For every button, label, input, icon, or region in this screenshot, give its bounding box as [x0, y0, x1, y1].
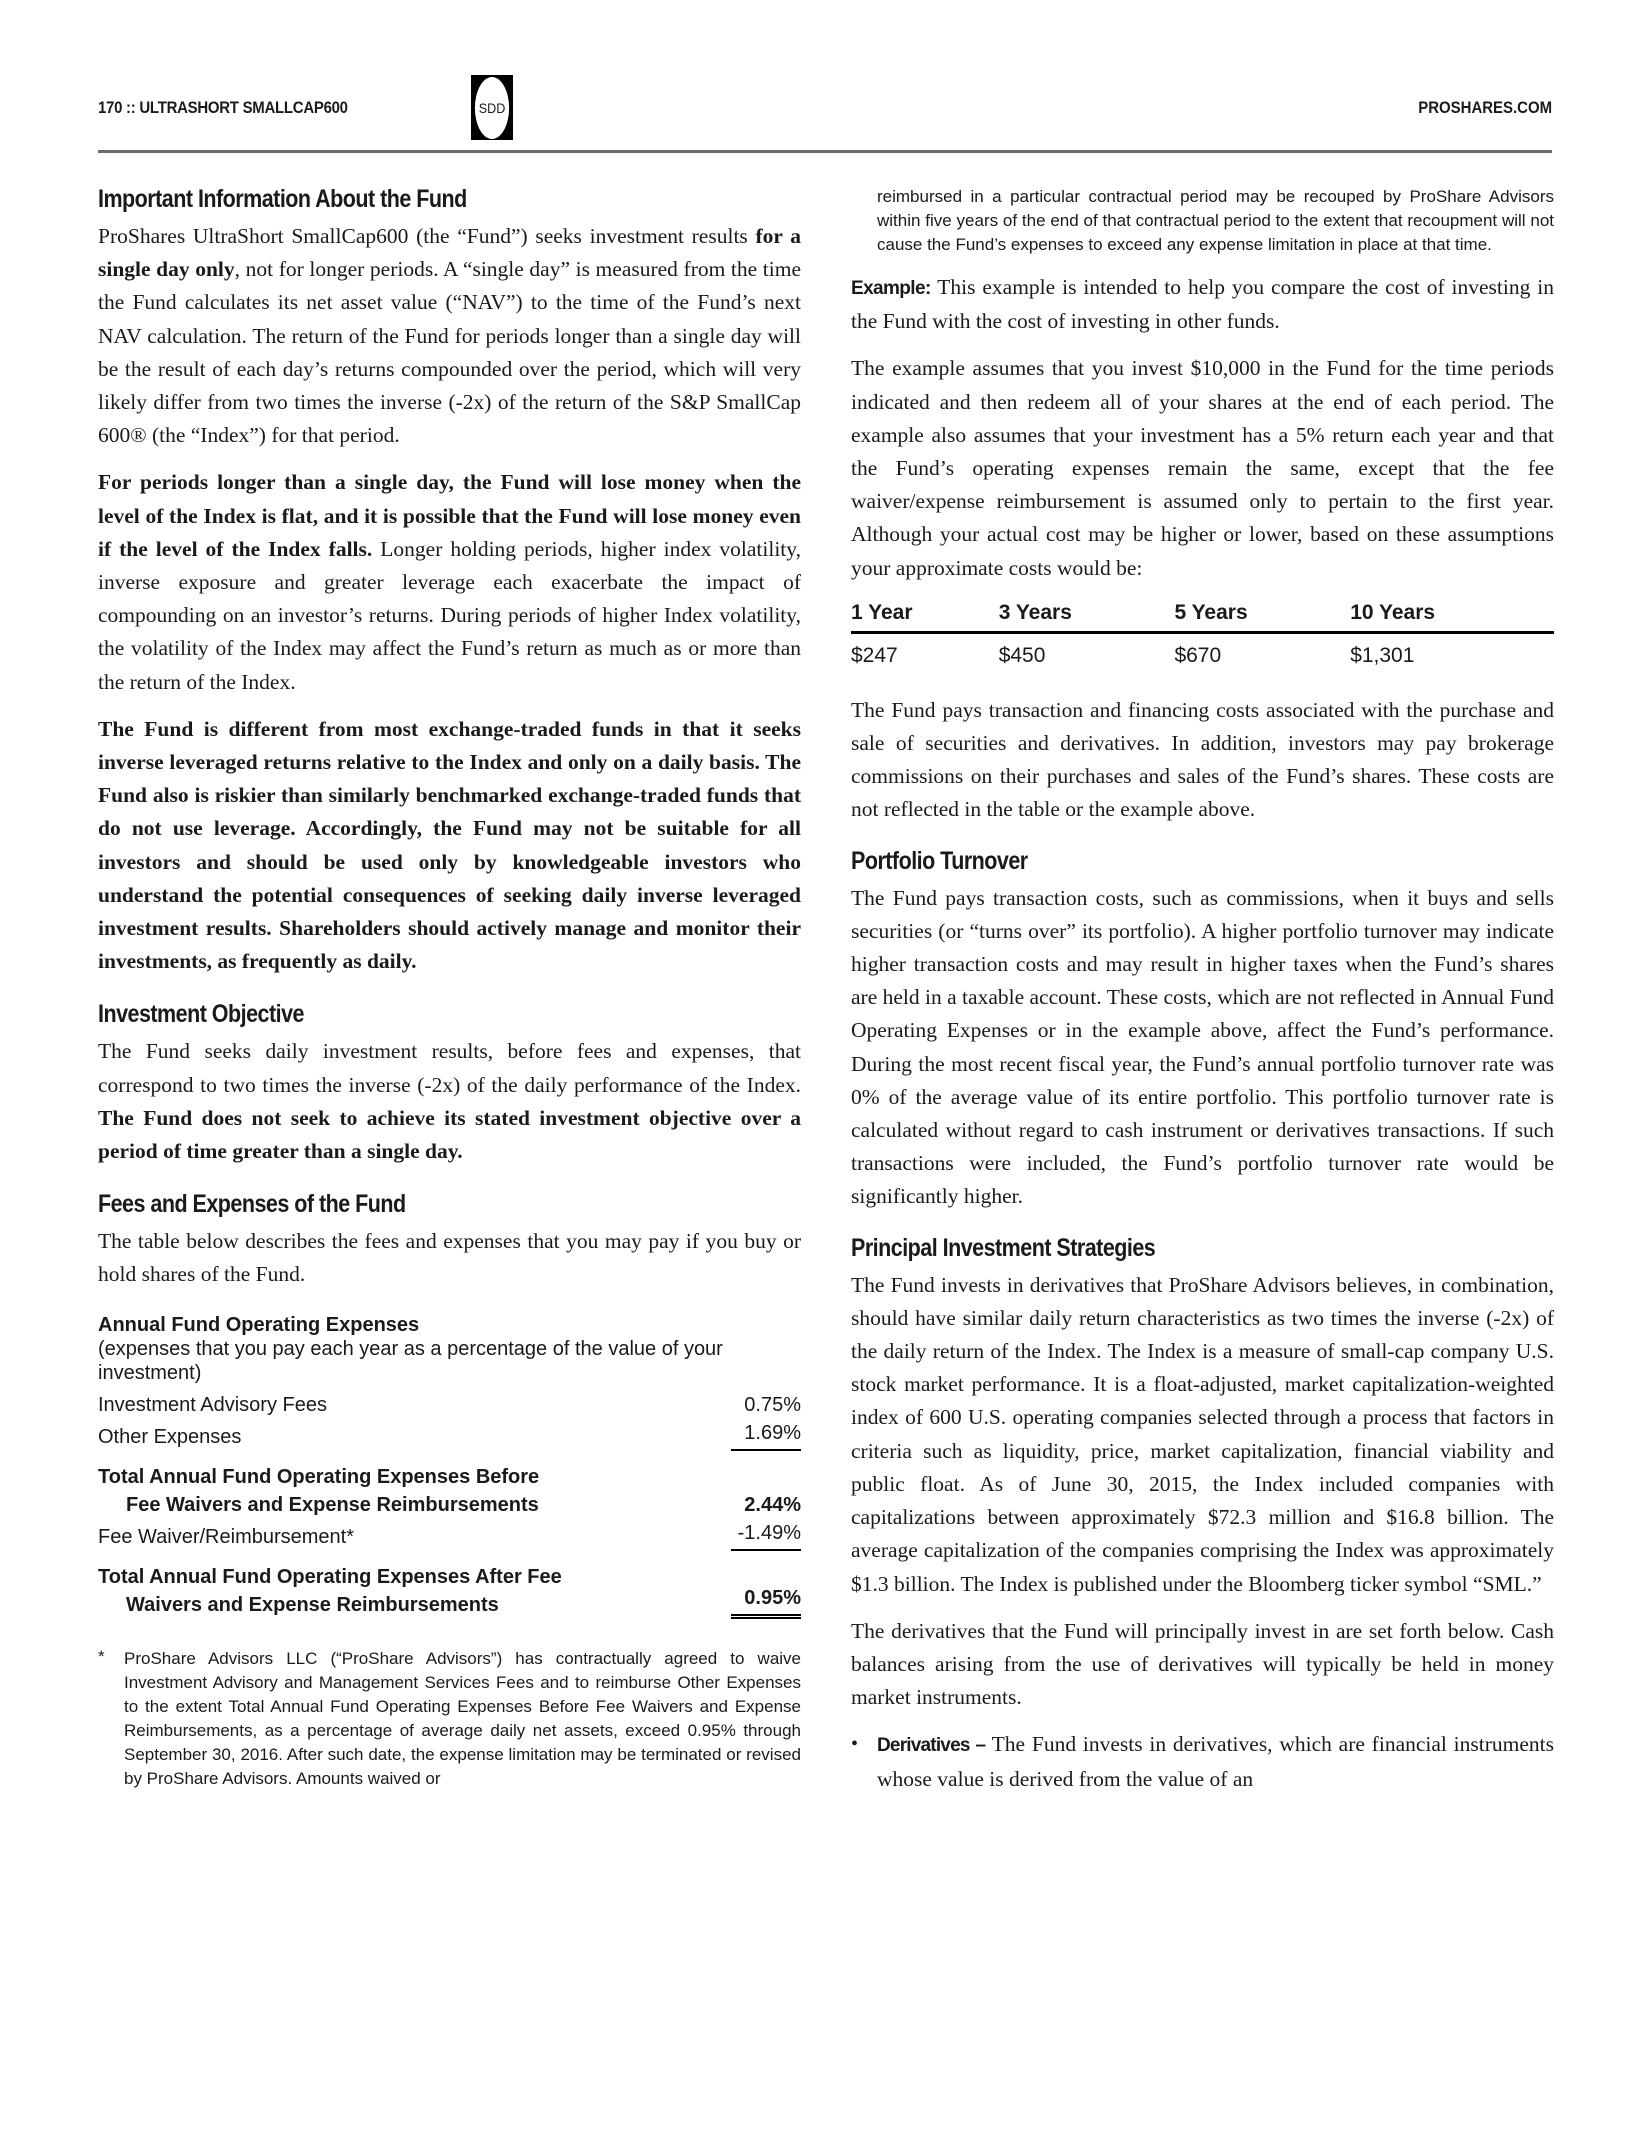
cost-table-header: 1 Year 3 Years 5 Years 10 Years — [851, 599, 1554, 633]
ticker-badge: SDD — [471, 75, 513, 140]
right-column: reimbursed in a particular contractual p… — [851, 185, 1554, 1796]
fee-label-line: Total Annual Fund Operating Expenses Bef… — [98, 1463, 539, 1491]
important-info-heading: Important Information About the Fund — [98, 185, 703, 214]
text-span: This example is intended to help you com… — [851, 275, 1554, 333]
cost-cell: $1,301 — [1350, 632, 1554, 672]
fee-row: Fee Waiver/Reimbursement* -1.49% — [98, 1519, 801, 1551]
fee-row-total-before: Total Annual Fund Operating Expenses Bef… — [98, 1463, 801, 1519]
cost-cell: $450 — [999, 632, 1175, 672]
fee-value: -1.49% — [731, 1519, 801, 1551]
strategies-heading: Principal Investment Strategies — [851, 1234, 1456, 1263]
fee-label: Other Expenses — [98, 1423, 241, 1451]
transaction-costs-paragraph: The Fund pays transaction and financing … — [851, 694, 1554, 827]
fee-label-line: Fee Waivers and Expense Reimbursements — [98, 1491, 539, 1519]
emphasis-text: The Fund does not seek to achieve its st… — [98, 1106, 801, 1163]
warning-text: The Fund is different from most exchange… — [98, 717, 801, 973]
fee-value: 2.44% — [731, 1491, 801, 1519]
table-row: $247 $450 $670 $1,301 — [851, 632, 1554, 672]
footnote-marker: * — [98, 1647, 124, 1791]
fee-label: Total Annual Fund Operating Expenses Bef… — [98, 1463, 539, 1519]
fee-row: Other Expenses 1.69% — [98, 1419, 801, 1451]
fees-table-subtitle: (expenses that you pay each year as a pe… — [98, 1337, 801, 1385]
fee-label-line: Waivers and Expense Reimbursements — [98, 1591, 562, 1619]
portfolio-turnover-heading: Portfolio Turnover — [851, 847, 1456, 876]
column-header: 3 Years — [999, 599, 1175, 633]
fees-table-title: Annual Fund Operating Expenses — [98, 1314, 801, 1337]
text-span: The Fund seeks daily investment results,… — [98, 1039, 801, 1096]
footnote-continued: reimbursed in a particular contractual p… — [851, 185, 1554, 257]
fee-label: Total Annual Fund Operating Expenses Aft… — [98, 1563, 562, 1619]
bullet-icon: • — [851, 1728, 877, 1795]
fee-waiver-footnote: * ProShare Advisors LLC (“ProShare Advis… — [98, 1647, 801, 1791]
text-span: , not for longer periods. A “single day”… — [98, 257, 801, 447]
important-info-paragraph-2: For periods longer than a single day, th… — [98, 466, 801, 698]
page-header: 170 :: ULTRASHORT SMALLCAP600 SDD PROSHA… — [98, 75, 1552, 155]
header-divider — [98, 150, 1552, 153]
cost-example-table: 1 Year 3 Years 5 Years 10 Years $247 $45… — [851, 599, 1554, 672]
left-column: Important Information About the Fund Pro… — [98, 185, 801, 1791]
bullet-text: Derivatives – The Fund invests in deriva… — [877, 1728, 1554, 1795]
column-header: 5 Years — [1174, 599, 1350, 633]
investment-objective-paragraph: The Fund seeks daily investment results,… — [98, 1035, 801, 1168]
cost-cell: $247 — [851, 632, 999, 672]
column-header: 1 Year — [851, 599, 999, 633]
important-info-paragraph-1: ProShares UltraShort SmallCap600 (the “F… — [98, 220, 801, 452]
column-header: 10 Years — [1350, 599, 1554, 633]
fee-value: 0.95% — [731, 1584, 801, 1619]
bullet-label: Derivatives – — [877, 1735, 985, 1756]
example-intro: Example: This example is intended to hel… — [851, 271, 1554, 338]
investment-objective-heading: Investment Objective — [98, 1000, 703, 1029]
page-number-title: 170 :: ULTRASHORT SMALLCAP600 — [98, 98, 348, 118]
fee-label: Fee Waiver/Reimbursement* — [98, 1523, 354, 1551]
strategies-paragraph-1: The Fund invests in derivatives that Pro… — [851, 1269, 1554, 1601]
text-span: ProShares UltraShort SmallCap600 (the “F… — [98, 224, 755, 248]
fees-intro: The table below describes the fees and e… — [98, 1225, 801, 1291]
portfolio-turnover-paragraph: The Fund pays transaction costs, such as… — [851, 882, 1554, 1214]
derivatives-bullet: • Derivatives – The Fund invests in deri… — [851, 1728, 1554, 1795]
example-label: Example: — [851, 278, 931, 299]
fee-label: Investment Advisory Fees — [98, 1391, 327, 1419]
footnote-text: ProShare Advisors LLC (“ProShare Advisor… — [124, 1647, 801, 1791]
strategies-paragraph-2: The derivatives that the Fund will princ… — [851, 1615, 1554, 1715]
fee-row-total-after: Total Annual Fund Operating Expenses Aft… — [98, 1563, 801, 1619]
example-assumptions: The example assumes that you invest $10,… — [851, 352, 1554, 584]
ticker-badge-label: SDD — [475, 77, 509, 139]
important-info-paragraph-3: The Fund is different from most exchange… — [98, 713, 801, 979]
fee-value: 1.69% — [731, 1419, 801, 1451]
fees-table: Annual Fund Operating Expenses (expenses… — [98, 1314, 801, 1619]
site-link[interactable]: PROSHARES.COM — [1418, 98, 1552, 118]
fee-label-line: Total Annual Fund Operating Expenses Aft… — [98, 1563, 562, 1591]
cost-cell: $670 — [1174, 632, 1350, 672]
fee-row: Investment Advisory Fees 0.75% — [98, 1391, 801, 1419]
fee-value: 0.75% — [731, 1391, 801, 1419]
fees-heading: Fees and Expenses of the Fund — [98, 1190, 703, 1219]
